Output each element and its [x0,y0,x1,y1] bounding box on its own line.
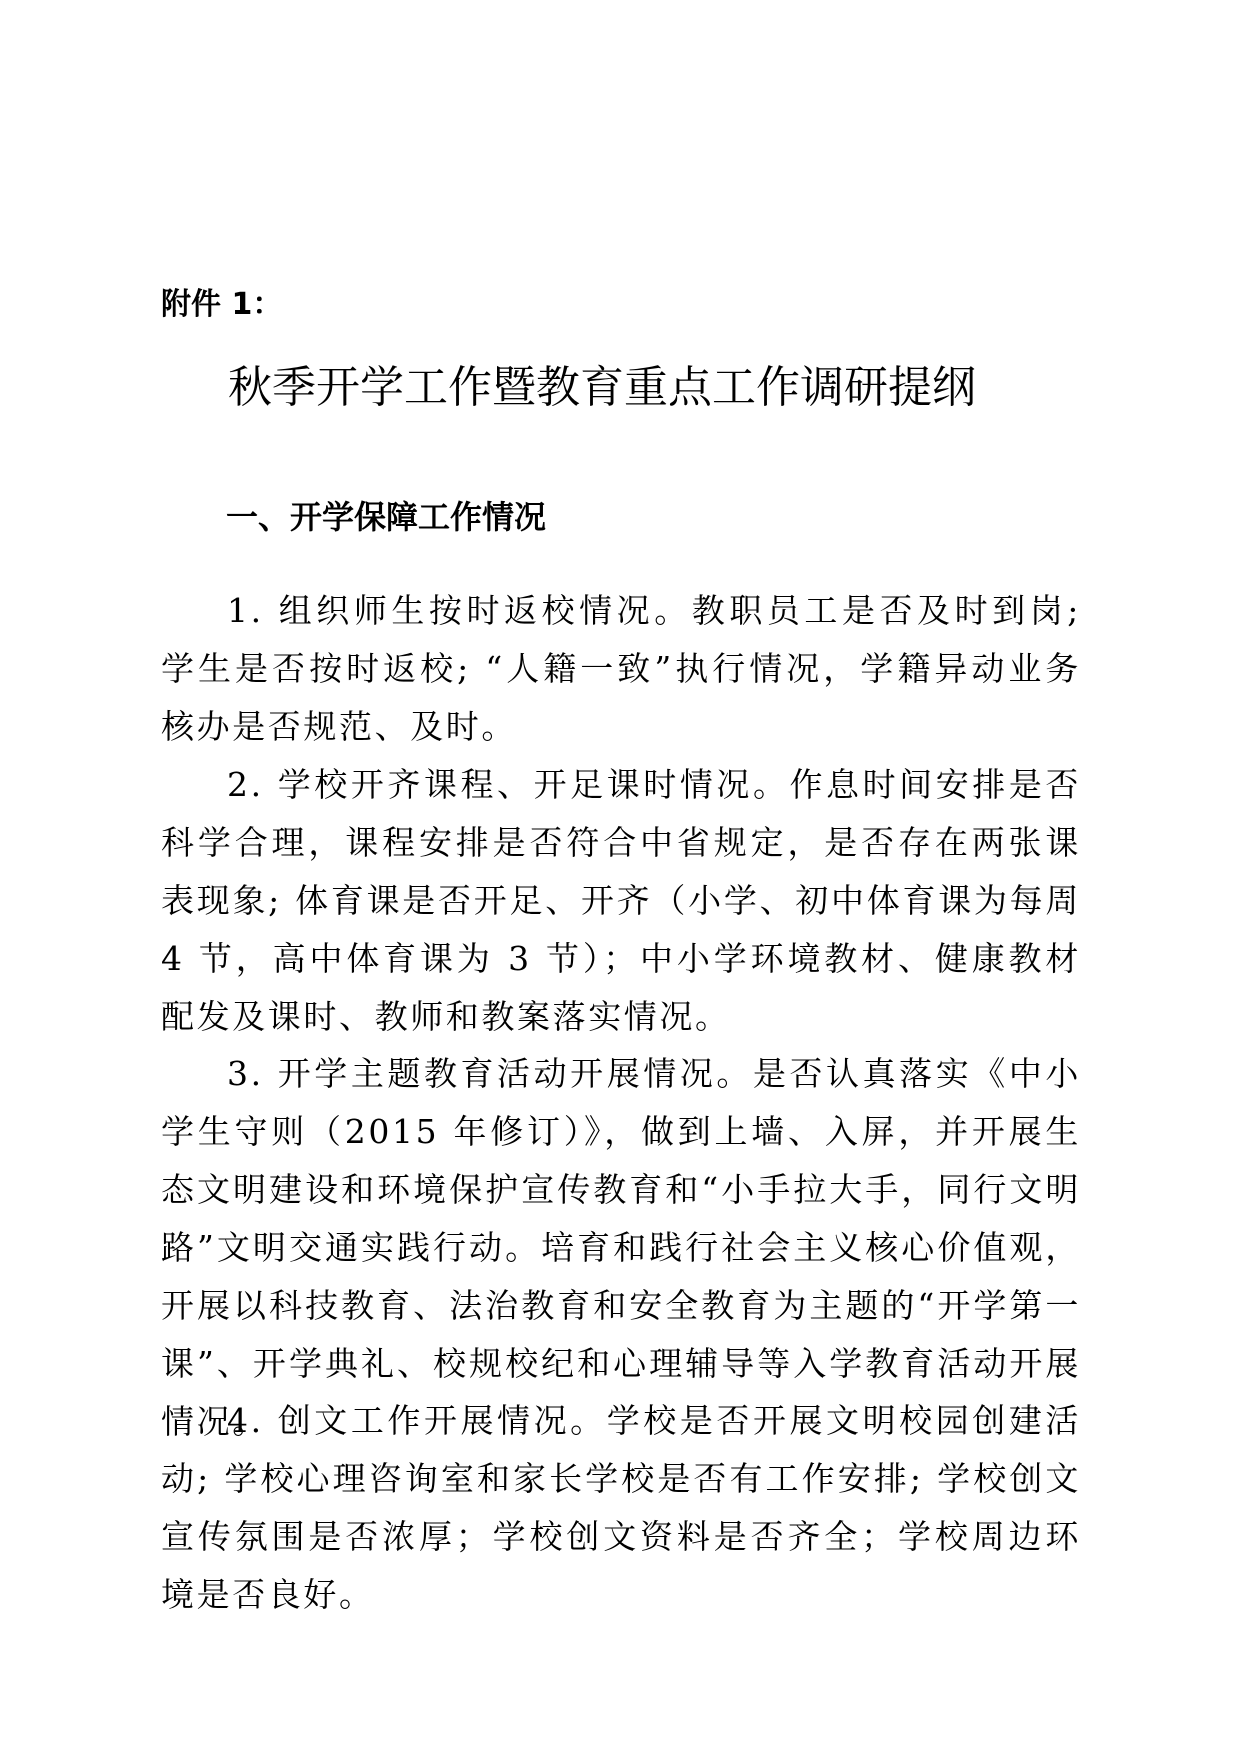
paragraph-item-3: 3. 开学主题教育活动开展情况。是否认真落实《中小学生守则（2015 年修订）》… [161,1045,1081,1451]
paragraph-item-1: 1. 组织师生按时返校情况。教职员工是否及时到岗; 学生是否按时返校; “人籍一… [161,582,1081,756]
attachment-label: 附件 1： [161,285,282,325]
document-page: 附件 1： 秋季开学工作暨教育重点工作调研提纲 一、开学保障工作情况 1. 组织… [0,0,1241,1754]
document-title: 秋季开学工作暨教育重点工作调研提纲 [228,358,1028,418]
paragraph-item-2: 2. 学校开齐课程、开足课时情况。作息时间安排是否科学合理，课程安排是否符合中省… [161,756,1081,1046]
paragraph-item-4: 4. 创文工作开展情况。学校是否开展文明校园创建活动; 学校心理咨询室和家长学校… [161,1392,1081,1624]
section-heading: 一、开学保障工作情况 [226,494,546,540]
